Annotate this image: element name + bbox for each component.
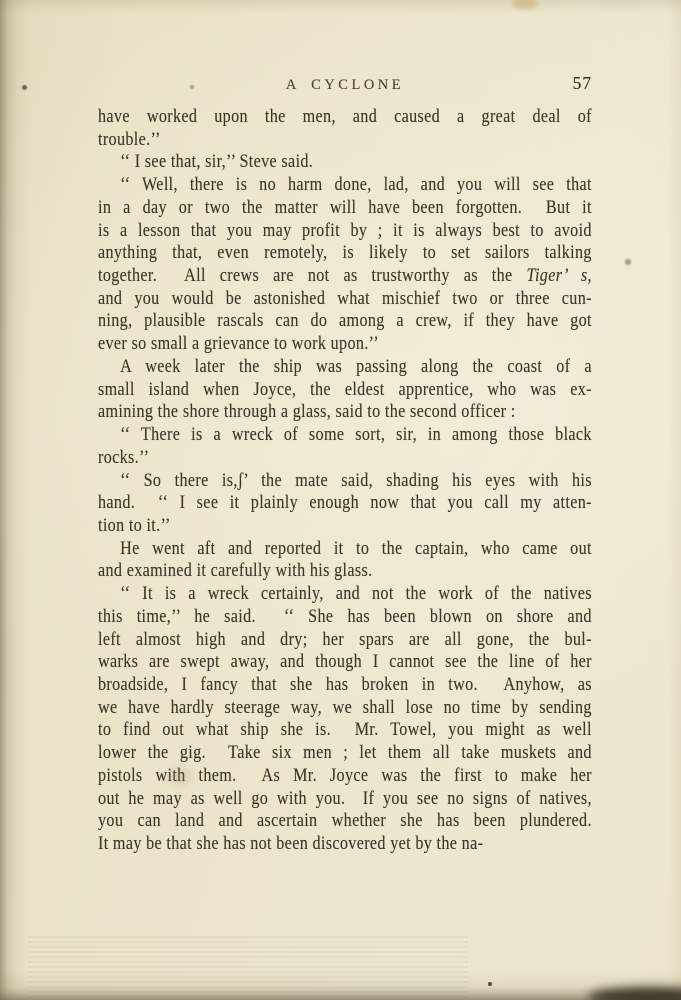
text-line: lower the gig. Take six men ; let them a…	[98, 742, 592, 765]
running-title: A CYCLONE	[98, 77, 592, 94]
text-line: amining the shore through a glass, said …	[98, 401, 592, 424]
text-line: small island when Joyce, the eldest appr…	[98, 379, 592, 402]
text-line: is a lesson that you may profit by ; it …	[98, 220, 592, 243]
text-line: ‘‘ Well, there is no harm done, lad, and…	[98, 174, 592, 197]
paper-stain	[168, 768, 192, 786]
text-line: ‘‘ There is a wreck of some sort, sir, i…	[98, 424, 592, 447]
text-line: ‘‘ I see that, sir,’’ Steve said.	[98, 151, 592, 174]
text-line: hand. ‘‘ I see it plainly enough now tha…	[98, 492, 592, 515]
text-line: in a day or two the matter will have bee…	[98, 197, 592, 220]
text-line: to find out what ship she is. Mr. Towel,…	[98, 719, 592, 742]
text-line: and you would be astonished what mischie…	[98, 288, 592, 311]
text-line: It may be that she has not been discover…	[98, 833, 592, 856]
text-line: ning, plausible rascals can do among a c…	[98, 310, 592, 333]
text-line: tion to it.’’	[98, 515, 592, 538]
text-line: we have hardly steerage way, we shall lo…	[98, 697, 592, 720]
text-line: and examined it carefully with his glass…	[98, 560, 592, 583]
text-line: trouble.’’	[98, 129, 592, 152]
text-line: ‘‘ It is a wreck certainly, and not the …	[98, 583, 592, 606]
text-line: ‘‘ So there is,ʃ’ the mate said, shading…	[98, 470, 592, 493]
foxing-speck	[22, 85, 27, 90]
text-line: A week later the ship was passing along …	[98, 356, 592, 379]
foxing-speck	[190, 85, 194, 89]
text-line: warks are swept away, and though I canno…	[98, 651, 592, 674]
text-line: rocks.’’	[98, 447, 592, 470]
text-line: you can land and ascertain whether she h…	[98, 810, 592, 833]
paper-stain	[512, 0, 538, 9]
foxing-speck	[488, 982, 492, 986]
text-line: ever so small a grievance to work upon.’…	[98, 333, 592, 356]
text-line: this time,’’ he said. ‘‘ She has been bl…	[98, 606, 592, 629]
text-line: broadside, I fancy that she has broken i…	[98, 674, 592, 697]
foxing-speck	[625, 259, 631, 265]
running-head: A CYCLONE 57	[98, 77, 592, 99]
text-line: together. All crews are not as trustwort…	[98, 265, 592, 288]
text-line: anything that, even remotely, is likely …	[98, 242, 592, 265]
text-line: left almost high and dry; her spars are …	[98, 629, 592, 652]
scan-shadow-blob	[588, 987, 681, 1000]
page-number: 57	[573, 73, 593, 94]
text-line: He went aft and reported it to the capta…	[98, 538, 592, 561]
book-page: A CYCLONE 57 have worked upon the men, a…	[0, 0, 681, 1000]
text-line: out he may as well go with you. If you s…	[98, 788, 592, 811]
text-line: have worked upon the men, and caused a g…	[98, 106, 592, 129]
body-text: have worked upon the men, and caused a g…	[98, 106, 592, 856]
scan-banding	[28, 936, 468, 998]
